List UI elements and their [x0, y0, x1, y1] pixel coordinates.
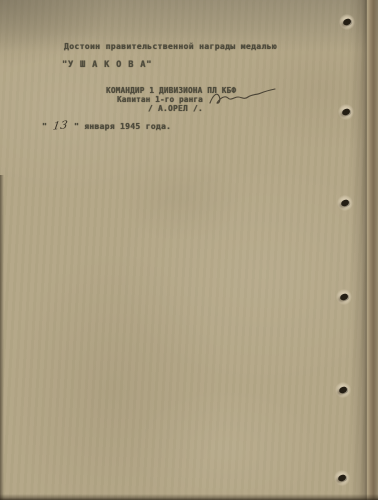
scanned-document-page: Достоин правительственной награды медаль… [0, 0, 378, 500]
hole-pit [341, 108, 350, 116]
hole-halo [336, 289, 352, 305]
binding-hole [339, 14, 355, 30]
binding-hole [335, 382, 351, 398]
hole-pit [340, 199, 349, 207]
hole-halo [337, 195, 353, 211]
hole-pit [338, 386, 347, 394]
date-open-quote: " [42, 122, 52, 131]
medal-name-line: "У Ш А К О В А" [62, 60, 152, 70]
hole-halo [338, 104, 354, 120]
binding-hole [334, 470, 350, 486]
binding-hole [337, 195, 353, 211]
binding-hole [338, 104, 354, 120]
date-line: " 13 " января 1945 года. [42, 122, 171, 131]
signer-name-line: / А.ОРЕЛ /. [148, 104, 203, 113]
date-rest: " января 1945 года. [69, 122, 171, 131]
hole-pit [342, 18, 351, 26]
paper-texture [0, 0, 378, 500]
handwritten-day: 13 [53, 121, 69, 130]
page-left-edge [0, 175, 4, 500]
hole-pit [339, 293, 348, 301]
hole-pit [337, 474, 346, 482]
rank-line: Капитан 1-го ранга [117, 95, 203, 104]
hole-halo [339, 14, 355, 30]
page-bottom-edge [0, 494, 378, 500]
binding-hole [336, 289, 352, 305]
hole-halo [334, 470, 350, 486]
award-statement-line: Достоин правительственной награды медаль… [64, 42, 277, 51]
hole-halo [335, 382, 351, 398]
commander-title-line: КОМАНДИР 1 ДИВИЗИОНА ПЛ КБФ [106, 86, 236, 95]
page-right-edge [350, 0, 378, 500]
